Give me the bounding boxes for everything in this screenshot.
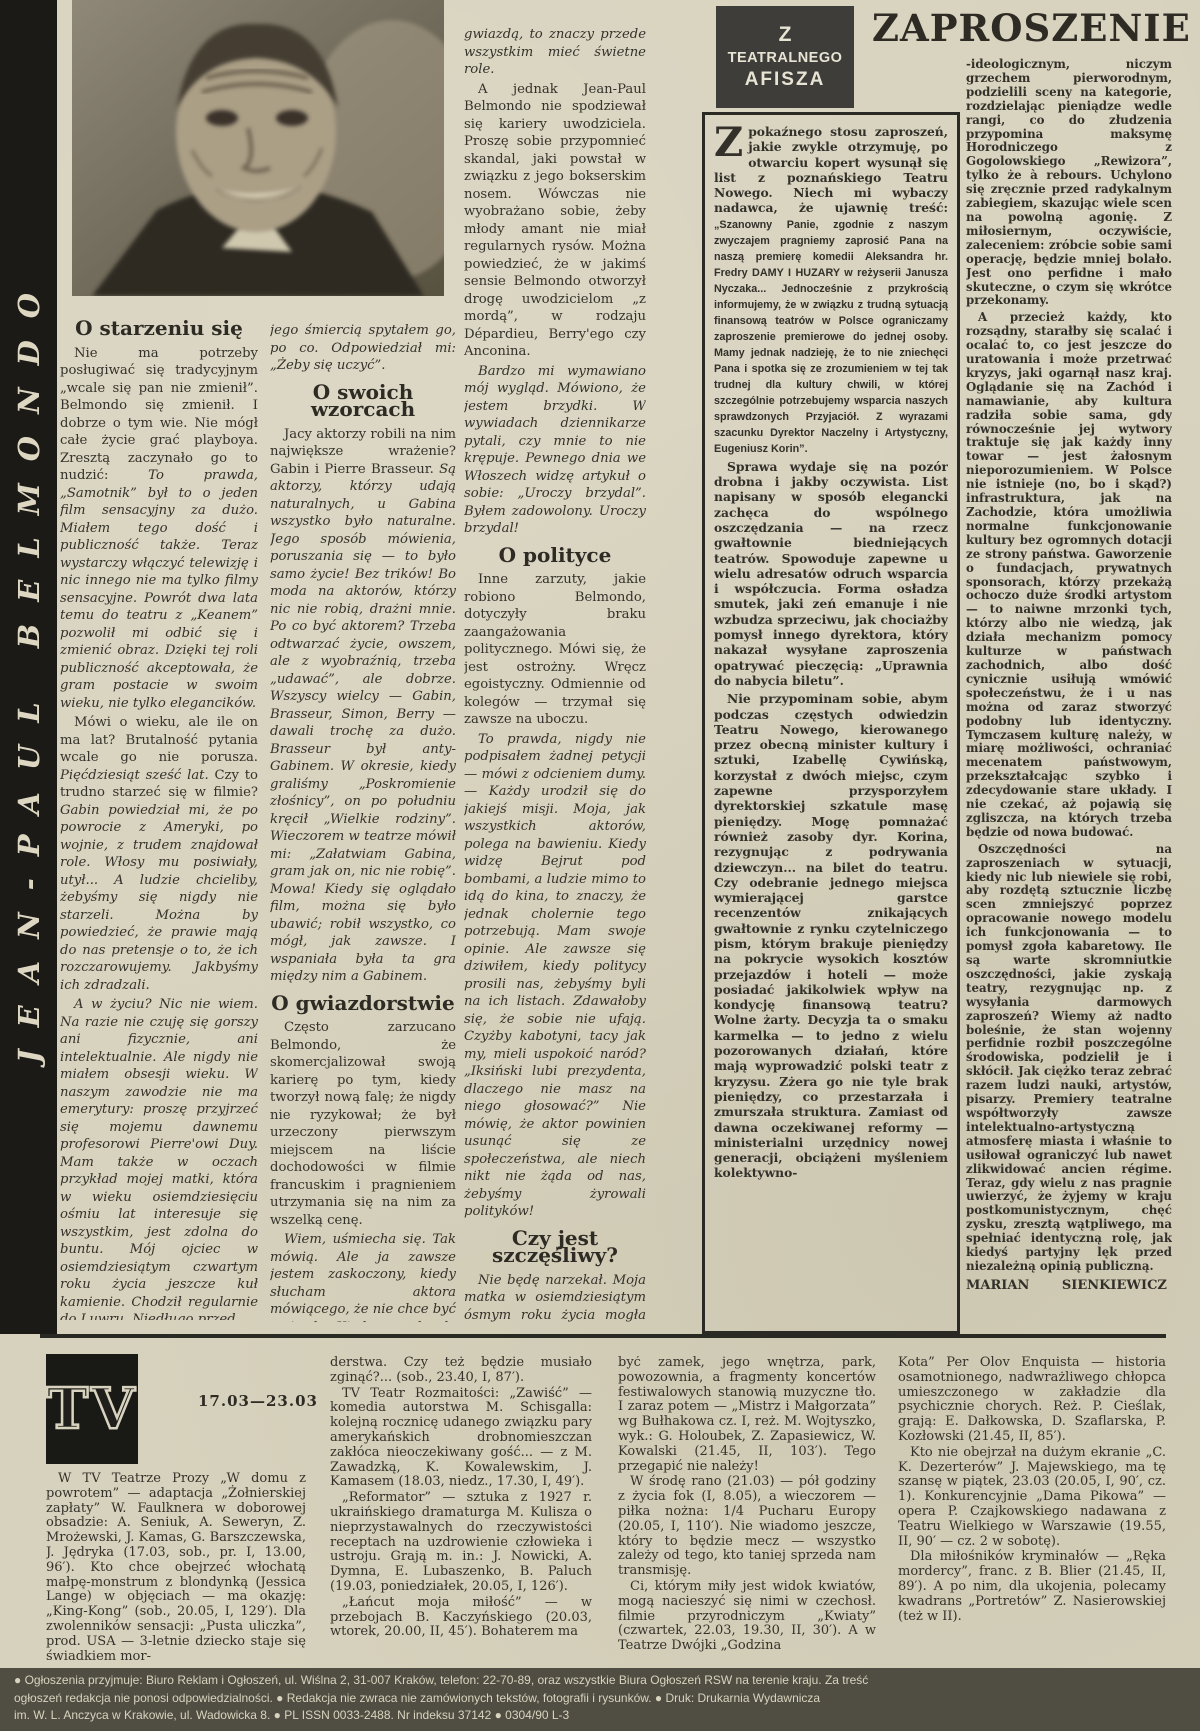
section-heading-politics: O polityce (464, 547, 646, 565)
paragraph: Mówi o wieku, ale ile on ma lat? Brutaln… (60, 714, 258, 994)
tv-column-1: W TV Teatrze Prozy „W domu z powrotem” —… (46, 1472, 306, 1672)
paragraph: „Reformator” — sztuka z 1927 r. ukraińsk… (330, 1491, 592, 1595)
paragraph: -ideologicznym, niczym grzechem pierworo… (966, 58, 1172, 308)
article-column-2: jego śmiercią spytałem go, po co. Odpowi… (270, 322, 456, 1322)
paragraph: Nie będę narzekał. Moja matka w osiemdzi… (464, 1272, 646, 1325)
tv-column-4: Kota” Per Olov Enquista — historia osamo… (898, 1356, 1166, 1656)
footer-line: ● Ogłoszenia przyjmuje: Biuro Reklam i O… (14, 1672, 1186, 1690)
footer-imprint: ● Ogłoszenia przyjmuje: Biuro Reklam i O… (0, 1668, 1200, 1731)
paragraph: Kota” Per Olov Enquista — historia osamo… (898, 1356, 1166, 1445)
afisza-line: Z (779, 23, 792, 47)
paragraph: jego śmiercią spytałem go, po co. Odpowi… (270, 322, 456, 375)
tv-logo: TV (46, 1354, 138, 1464)
spine-bar: JEAN-PAUL BELMONDO (0, 0, 57, 1334)
paragraph: Wiem, uśmiecha się. Tak mówią. Ale ja za… (270, 1231, 456, 1322)
paragraph: A przecież każdy, kto rozsądny, starałby… (966, 311, 1172, 839)
afisza-line: AFISZA (745, 69, 826, 91)
quoted-letter: „Szanowny Panie, zgodnie z naszym zwycza… (714, 219, 948, 455)
footer-line: ogłoszeń redakcja nie ponosi odpowiedzia… (14, 1690, 1186, 1708)
footer-line: im. W. L. Anczyca w Krakowie, ul. Wadowi… (14, 1707, 1186, 1725)
zaproszenie-headline: ZAPROSZENIE (872, 6, 1178, 50)
section-heading-stardom: O gwiazdorstwie (270, 995, 456, 1013)
paragraph: gwiazdą, to znaczy przede wszystkim mieć… (464, 26, 646, 79)
paragraph: TV Teatr Rozmaitości: „Zawiść” — komedia… (330, 1387, 592, 1491)
paragraph: Kto nie obejrzał na dużym ekranie „C. K.… (898, 1446, 1166, 1550)
belmondo-photo (72, 0, 444, 296)
paragraph: Sprawa wydaje się na pozór drobna i jakb… (714, 459, 948, 688)
section-heading-aging: O starzeniu się (60, 320, 258, 338)
zaproszenie-right-column: -ideologicznym, niczym grzechem pierworo… (966, 58, 1172, 1322)
paragraph: Nie ma potrzeby posługiwać się tradycyjn… (60, 345, 258, 713)
drop-cap: Z (714, 124, 748, 159)
tv-column-2: derstwa. Czy też będzie musiało zginąć?.… (330, 1356, 592, 1656)
paragraph: być zamek, jego wnętrza, park, powozowni… (618, 1356, 876, 1474)
paragraph: Inne zarzuty, jakie robiono Belmondo, do… (464, 571, 646, 729)
tv-date-range: 17.03—23.03 (198, 1392, 318, 1410)
paragraph: Często zarzucano Belmondo, że skomercjal… (270, 1019, 456, 1229)
paragraph: Nie przypominam sobie, abym podczas częs… (714, 691, 948, 1181)
article-column-3: gwiazdą, to znaczy przede wszystkim mieć… (464, 26, 646, 1324)
section-divider-rule (40, 1334, 1166, 1338)
paragraph: Dla miłośników kryminałów — „Ręka morder… (898, 1550, 1166, 1624)
paragraph: To prawda, nigdy nie podpisałem żadnej p… (464, 731, 646, 1221)
paragraph: A w życiu? Nic nie wiem. Na razie nie cz… (60, 996, 258, 1320)
paragraph: Ci, którym miły jest widok kwiatów, mogą… (618, 1580, 876, 1654)
paragraph: Jacy aktorzy robili na nim największe wr… (270, 426, 456, 986)
paragraph: A jednak Jean-Paul Belmondo nie spodziew… (464, 81, 646, 361)
zaproszenie-boxed-column: Zpokaźnego stosu zaproszeń, jakie zwykle… (702, 112, 960, 1334)
afisza-badge: Z TEATRALNEGO AFISZA (716, 6, 854, 108)
author-signature: MARIAN SIENKIEWICZ (966, 1279, 1172, 1293)
tv-column-3: być zamek, jego wnętrza, park, powozowni… (618, 1356, 876, 1656)
paragraph: „Łańcut moja miłość” — w przebojach B. K… (330, 1596, 592, 1640)
spine-vertical-title: JEAN-PAUL BELMONDO (12, 271, 46, 1063)
paragraph: Bardzo mi wymawiano mój wygląd. Mówiono,… (464, 363, 646, 538)
article-column-1: O starzeniu się Nie ma potrzeby posługiw… (60, 318, 258, 1320)
paragraph: W TV Teatrze Prozy „W domu z powrotem” —… (46, 1472, 306, 1664)
afisza-line: TEATRALNEGO (728, 50, 843, 66)
newspaper-page: JEAN-PAUL BELMONDO (0, 0, 1200, 1731)
paragraph: derstwa. Czy też będzie musiało zginąć?.… (330, 1356, 592, 1386)
paragraph: Oszczędności na zaproszeniach w sytuacji… (966, 843, 1172, 1274)
section-heading-models: O swoich wzorcach (270, 384, 456, 419)
paragraph: W środę rano (21.03) — pół godziny z życ… (618, 1475, 876, 1579)
tv-logo-text: TV (46, 1376, 137, 1442)
paragraph: Zpokaźnego stosu zaproszeń, jakie zwykle… (714, 124, 948, 456)
section-heading-happy: Czy jest szczęśliwy? (464, 1230, 646, 1265)
portrait-photo-illustration (72, 0, 444, 296)
